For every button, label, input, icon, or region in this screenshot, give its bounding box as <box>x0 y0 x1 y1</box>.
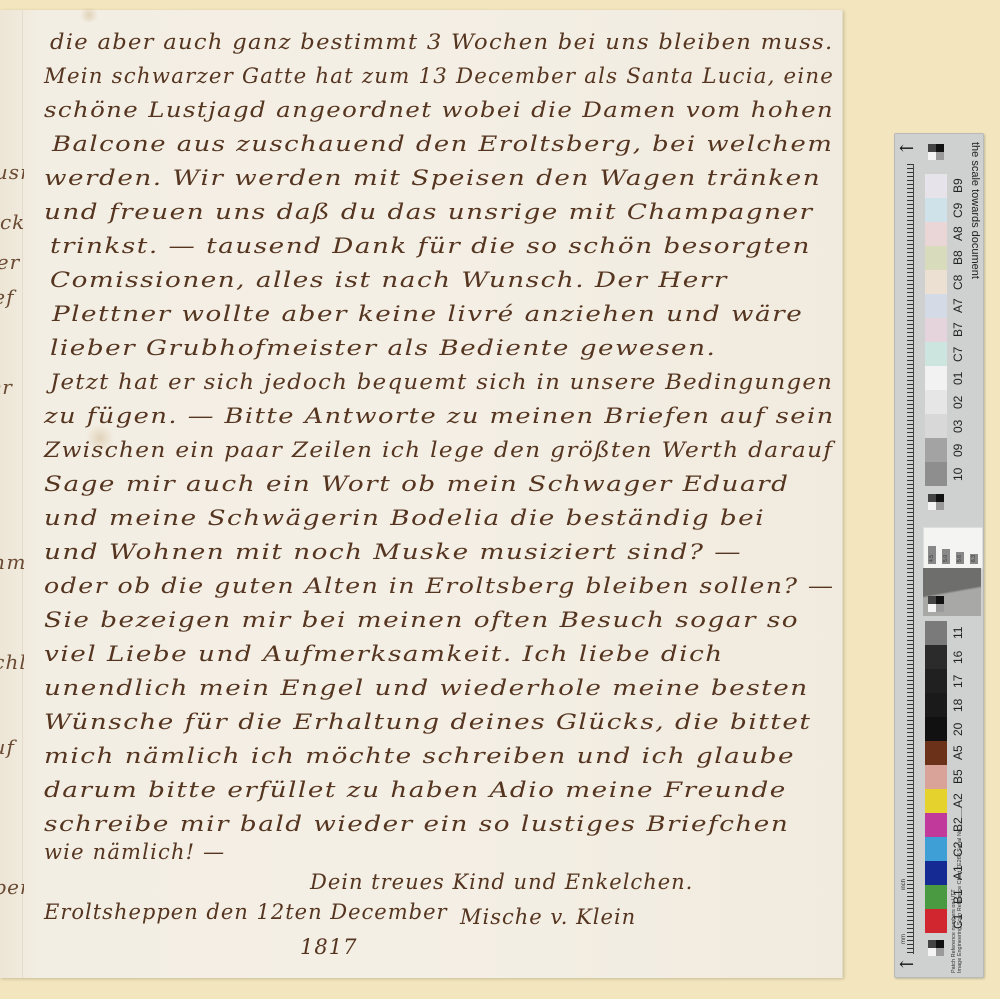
patch-02 <box>925 390 947 414</box>
patch-label: C8 <box>949 270 967 294</box>
footer-line: Image Engineering Scan Reference Chart T… <box>957 743 963 973</box>
color-reference-strip: ← the scale towards document B9 C9 A8 B8… <box>894 133 984 978</box>
patch-label: 10 <box>949 462 967 486</box>
letter-line: lieber Grubhofmeister als Bediente gewes… <box>50 336 716 360</box>
patch-label: 17 <box>949 669 967 693</box>
patch-label: A8 <box>949 222 967 246</box>
patch-c2 <box>925 837 947 861</box>
letter-line: Mein schwarzer Gatte hat zum 13 December… <box>44 64 834 88</box>
grey-square-icon <box>928 940 944 956</box>
res-label: 5.0 <box>943 555 949 562</box>
letter-year: 1817 <box>300 935 357 959</box>
patch-11 <box>925 621 947 645</box>
strip-caption: the scale towards document <box>967 142 981 322</box>
letter-line: Sage mir auch ein Wort ob mein Schwager … <box>44 472 789 496</box>
resolution-target: 4.5 5.0 5.6 6.3 <box>923 527 983 569</box>
letter-line: Sie bezeigen mir bei meinen often Besuch… <box>44 608 799 632</box>
patch-20 <box>925 717 947 741</box>
grey-square-icon <box>928 144 944 160</box>
paper-stain <box>78 8 100 22</box>
fragment-word: ller <box>0 250 20 274</box>
patch-16 <box>925 645 947 669</box>
patch-18 <box>925 693 947 717</box>
letter-line: zu fügen. — Bitte Antworte zu meinen Bri… <box>44 404 835 428</box>
patch-label: 01 <box>949 366 967 390</box>
patch-label: 02 <box>949 390 967 414</box>
letter-line: viel Liebe und Aufmerksamkeit. Ich liebe… <box>44 642 724 666</box>
patch-label: A7 <box>949 294 967 318</box>
patch-c8 <box>925 270 947 294</box>
patch-09 <box>925 438 947 462</box>
fragment-word: rhm <box>0 550 24 574</box>
fragment-word: ruf <box>0 735 15 759</box>
patch-a5 <box>925 741 947 765</box>
fragment-word: spen. <box>0 875 24 899</box>
res-label: 4.5 <box>929 555 935 562</box>
patch-label: 16 <box>949 645 967 669</box>
letter-line: Comissionen, alles ist nach Wunsch. Der … <box>50 268 728 292</box>
patch-label: 09 <box>949 438 967 462</box>
fragment-word: ler <box>0 375 13 399</box>
patch-label: C7 <box>949 342 967 366</box>
letter-line: wie nämlich! — <box>44 840 225 864</box>
letter-line: Balcone aus zuschauend den Eroltsberg, b… <box>52 132 833 156</box>
patch-01 <box>925 366 947 390</box>
patch-a1 <box>925 861 947 885</box>
letter-line: oder ob die guten Alten in Eroltsberg bl… <box>44 574 835 598</box>
res-label: 5.6 <box>957 555 963 562</box>
letter-line: Jetzt hat er sich jedoch bequemt sich in… <box>50 370 833 394</box>
letter-line: werden. Wir werden mit Speisen den Wagen… <box>44 166 821 190</box>
fragment-word: schlf <box>0 650 24 674</box>
letter-line: Wünsche für die Erhaltung deines Glücks,… <box>44 710 811 734</box>
patch-label: B9 <box>949 174 967 198</box>
letter-line: Zwischen ein paar Zeilen ich lege den gr… <box>44 438 833 462</box>
grey-square-icon <box>928 596 944 612</box>
res-label: 6.3 <box>971 555 977 562</box>
letter-closing: Dein treues Kind und Enkelchen. <box>310 870 693 894</box>
patch-a8 <box>925 222 947 246</box>
strip-footer: Patch Reference numbers on UTT Image Eng… <box>951 743 981 973</box>
patch-10 <box>925 462 947 486</box>
patch-b5 <box>925 765 947 789</box>
fragment-word: ausn <box>0 160 24 184</box>
patch-b8 <box>925 246 947 270</box>
letter-line: trinkst. — tausend Dank für die so schön… <box>50 234 811 258</box>
patch-label: 11 <box>949 621 967 645</box>
patch-03 <box>925 414 947 438</box>
letter-line: und freuen uns daß du das unsrige mit Ch… <box>44 200 814 224</box>
patch-c9 <box>925 198 947 222</box>
patch-c1 <box>925 909 947 933</box>
letter-line: unendlich mein Engel und wiederhole mein… <box>44 676 809 700</box>
patch-label: 03 <box>949 414 967 438</box>
arrow-left-icon: ← <box>899 956 914 974</box>
inch-label: inch <box>901 879 907 890</box>
patch-a2 <box>925 789 947 813</box>
place-date-line: Eroltsheppen den 12ten December <box>44 900 448 924</box>
patch-b9 <box>925 174 947 198</box>
patch-a7 <box>925 294 947 318</box>
letter-line: mich nämlich ich möchte schreiben und ic… <box>44 744 795 768</box>
patch-label: B7 <box>949 318 967 342</box>
letter-line: und meine Schwägerin Bodelia die beständ… <box>44 506 765 530</box>
ruler-scale <box>901 164 914 954</box>
patch-label: C9 <box>949 198 967 222</box>
patch-b2 <box>925 813 947 837</box>
adjacent-page-fragment: ausn ricke ller sef ler rhm schlf ruf sp… <box>0 10 24 978</box>
mm-label: mm <box>901 934 907 944</box>
patch-17 <box>925 669 947 693</box>
arrow-left-icon: ← <box>899 140 914 158</box>
letter-line: schöne Lustjagd angeordnet wobei die Dam… <box>44 98 834 122</box>
patch-c7 <box>925 342 947 366</box>
patch-b1 <box>925 885 947 909</box>
fragment-word: ricke <box>0 210 24 234</box>
grey-square-icon <box>928 494 944 510</box>
letter-line: schreibe mir bald wieder ein so lustiges… <box>44 812 789 836</box>
patch-label: 20 <box>949 717 967 741</box>
letter-line: und Wohnen mit noch Muske musiziert sind… <box>44 540 742 564</box>
patch-b7 <box>925 318 947 342</box>
patch-label: B8 <box>949 246 967 270</box>
signature: Mische v. Klein <box>460 905 636 929</box>
letter-line: die aber auch ganz bestimmt 3 Wochen bei… <box>50 30 834 54</box>
letter-line: darum bitte erfüllet zu haben Adio meine… <box>44 778 787 802</box>
patch-label: 18 <box>949 693 967 717</box>
letter-line: Plettner wollte aber keine livré anziehe… <box>52 302 803 326</box>
fragment-word: sef <box>0 285 15 309</box>
